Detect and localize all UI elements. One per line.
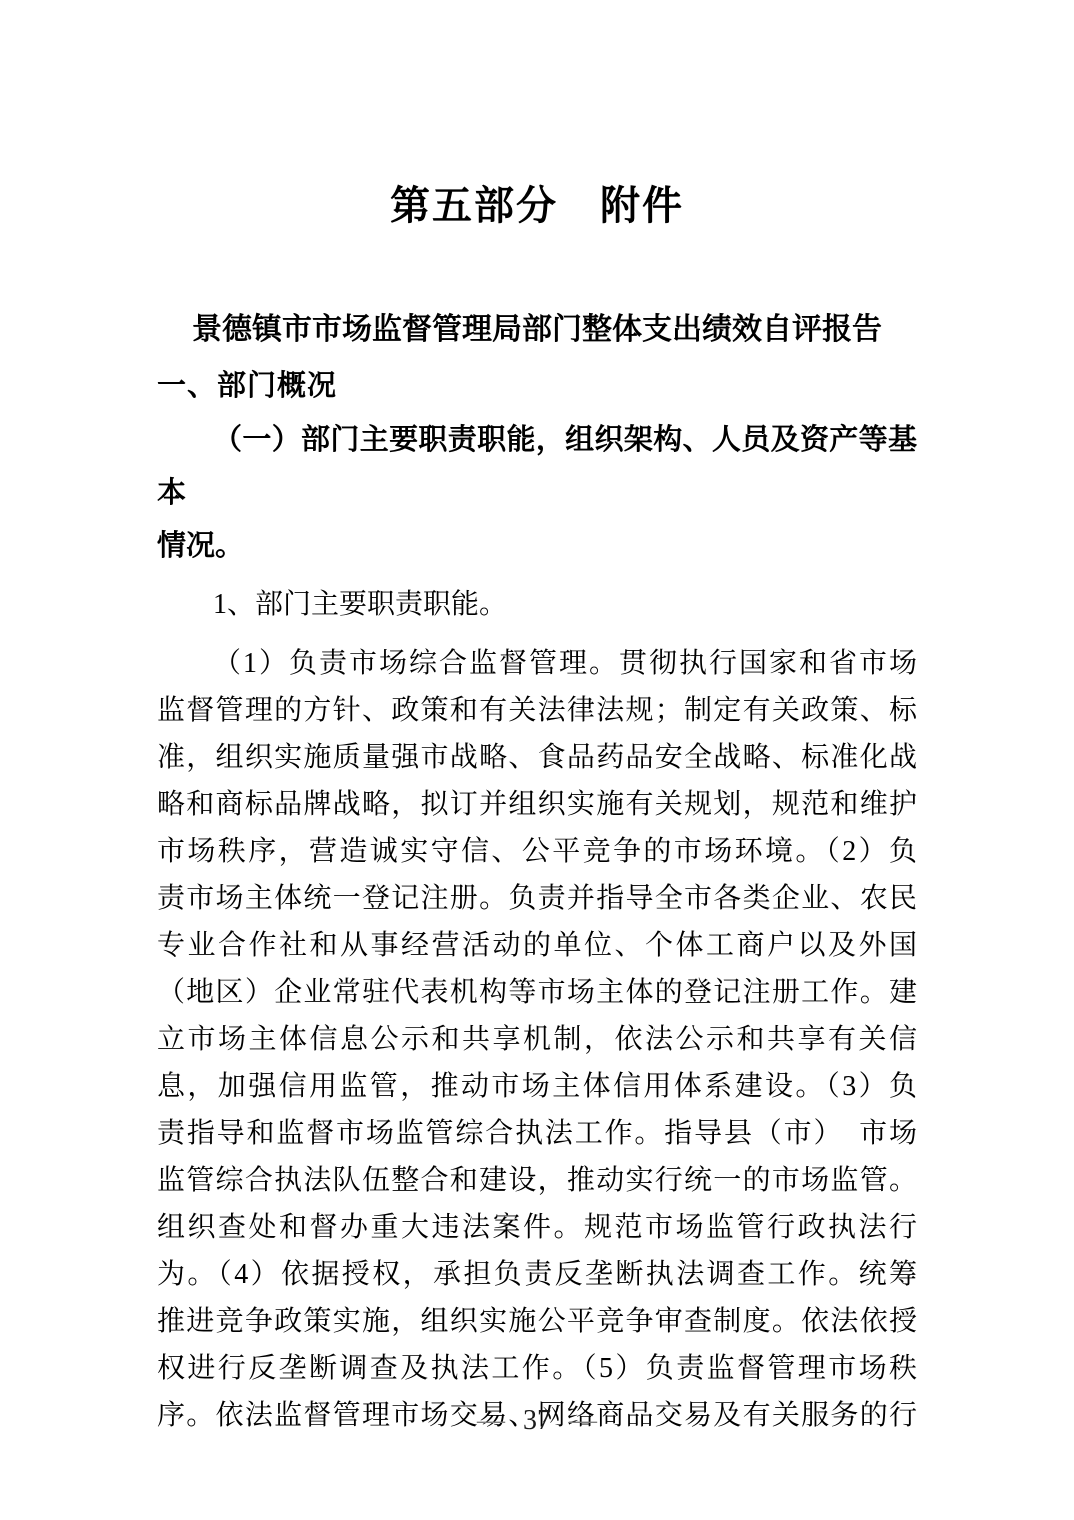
body-line: 息，加强信用监管，推动市场主体信用体系建设。（3）负 [157,1063,917,1110]
body-line: 准，组织实施质量强市战略、食品药品安全战略、标准化战 [157,734,917,781]
body-line: 责指导和监督市场监管综合执法工作。指导县（市） 市场 [157,1110,917,1157]
body-line: （地区）企业常驻代表机构等市场主体的登记注册工作。建 [157,969,917,1016]
page-footer: —37— [0,1403,1074,1439]
subsection-heading-line-1: （一）部门主要职责职能，组织架构、人员及资产等基本 [157,414,917,520]
subsection-heading-line-2: 情况。 [157,520,917,573]
document-title: 第五部分 附件 [157,182,917,230]
body-line: （1）负责市场综合监督管理。贯彻执行国家和省市场 [157,640,917,687]
footer-dash-left: — [477,1405,505,1436]
body-line: 立市场主体信息公示和共享机制，依法公示和共享有关信 [157,1016,917,1063]
body-line: 推进竞争政策实施，组织实施公平竞争审查制度。依法依授 [157,1298,917,1345]
body-line: 略和商标品牌战略，拟订并组织实施有关规划，规范和维护 [157,781,917,828]
body-line: 市场秩序，营造诚实守信、公平竞争的市场环境。（2）负 [157,828,917,875]
body-line: 监管综合执法队伍整合和建设，推动实行统一的市场监管。 [157,1157,917,1204]
body-line: 权进行反垄断调查及执法工作。（5）负责监督管理市场秩 [157,1345,917,1392]
body-line: 为。（4）依据授权，承担负责反垄断执法调查工作。统筹 [157,1251,917,1298]
section-heading: 一、部门概况 [157,368,917,404]
body-line: 监督管理的方针、政策和有关法律法规；制定有关政策、标 [157,687,917,734]
body-line: 组织查处和督办重大违法案件。规范市场监管行政执法行 [157,1204,917,1251]
report-subtitle: 景德镇市市场监督管理局部门整体支出绩效自评报告 [157,312,917,348]
body-line: 专业合作社和从事经营活动的单位、个体工商户以及外国 [157,922,917,969]
page-number: 37 [523,1405,551,1436]
footer-dash-right: — [569,1405,597,1436]
numbered-heading: 1、部门主要职责职能。 [157,581,917,628]
body-line: 责市场主体统一登记注册。负责并指导全市各类企业、农民 [157,875,917,922]
document-page: 第五部分 附件 景德镇市市场监督管理局部门整体支出绩效自评报告 一、部门概况 （… [0,0,1074,1520]
